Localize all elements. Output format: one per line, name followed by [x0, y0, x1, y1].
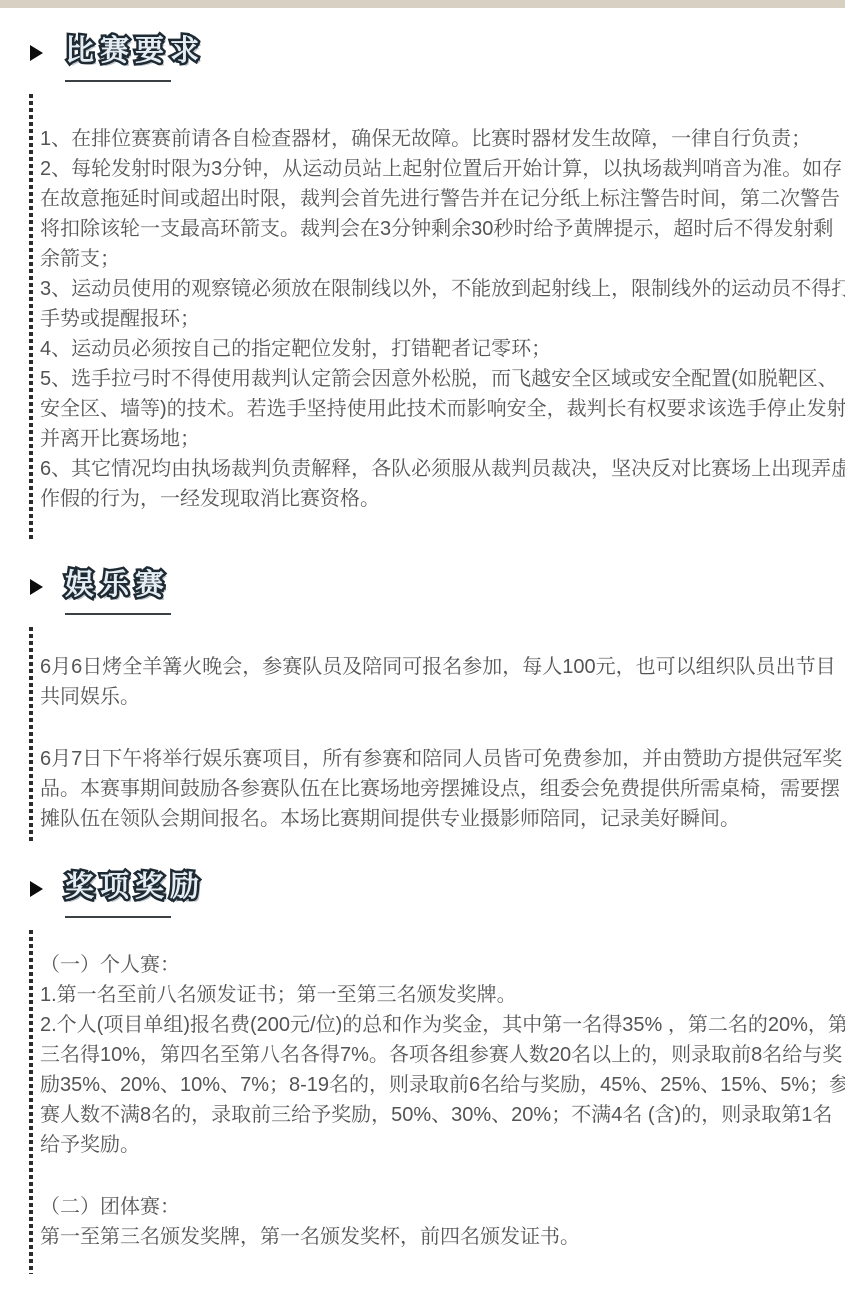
section-title-text: 比赛要求	[65, 35, 205, 67]
paragraph: 6、其它情况均由执场裁判负责解释，各队必须服从裁判员裁决，坚决反对比赛场上出现弄…	[40, 454, 845, 514]
paragraph: 4、运动员必须按自己的指定靶位发射，打错靶者记零环；	[40, 334, 845, 364]
section-entertainment-match: 娱乐赛 娱乐赛 6月6日烤全羊篝火晚会，参赛队员及陪同可报名参加，每人100元，…	[0, 567, 845, 845]
paragraph: 1、在排位赛赛前请各自检查器材，确保无故障。比赛时器材发生故障，一律自行负责；	[40, 124, 845, 154]
section-body: 6月6日烤全羊篝火晚会，参赛队员及陪同可报名参加，每人100元，也可以组织队员出…	[40, 627, 845, 844]
section-title-underline	[65, 80, 171, 82]
section-title-block: 娱乐赛 娱乐赛	[65, 567, 171, 616]
paragraph: 3、运动员使用的观察镜必须放在限制线以外，不能放到起射线上，限制线外的运动员不得…	[40, 274, 845, 334]
section-header: 奖项奖励 奖项奖励	[30, 869, 845, 918]
section-marker-triangle-icon	[30, 579, 43, 595]
paragraph: 5、选手拉弓时不得使用裁判认定箭会因意外松脱，而飞越安全区域或安全配置(如脱靶区…	[40, 364, 845, 454]
section-body: 1、在排位赛赛前请各自检查器材，确保无故障。比赛时器材发生故障，一律自行负责；2…	[40, 94, 845, 542]
section-title-underline	[65, 916, 171, 918]
section-title-underline	[65, 613, 171, 615]
paragraph: 2、每轮发射时限为3分钟，从运动员站上起射位置后开始计算，以执场裁判哨音为准。如…	[40, 154, 845, 274]
section-header: 比赛要求 比赛要求	[30, 33, 845, 82]
section-title-text: 奖项奖励	[65, 871, 205, 903]
section-marker-triangle-icon	[30, 881, 43, 897]
paragraph: 6月7日下午将举行娱乐赛项目，所有参赛和陪同人员皆可免费参加，并由赞助方提供冠军…	[40, 744, 845, 834]
section-title-text: 娱乐赛	[65, 569, 170, 601]
section-competition-requirements: 比赛要求 比赛要求 1、在排位赛赛前请各自检查器材，确保无故障。比赛时器材发生故…	[0, 33, 845, 542]
section-header: 娱乐赛 娱乐赛	[30, 567, 845, 616]
paragraph: 1.第一名至前八名颁发证书；第一至第三名颁发奖牌。	[40, 980, 845, 1010]
paragraph: 2.个人(项目单组)报名费(200元/位)的总和作为奖金，其中第一名得35% ，…	[40, 1010, 845, 1160]
section-title: 奖项奖励 奖项奖励	[65, 869, 205, 907]
paragraph: （二）团体赛：	[40, 1192, 845, 1222]
section-title: 比赛要求 比赛要求	[65, 33, 205, 71]
section-marker-triangle-icon	[30, 45, 43, 61]
paragraph: 6月6日烤全羊篝火晚会，参赛队员及陪同可报名参加，每人100元，也可以组织队员出…	[40, 652, 845, 712]
section-awards: 奖项奖励 奖项奖励 （一）个人赛：1.第一名至前八名颁发证书；第一至第三名颁发奖…	[0, 869, 845, 1274]
paragraph: 第一至第三名颁发奖牌，第一名颁发奖杯，前四名颁发证书。	[40, 1222, 845, 1252]
section-title-block: 奖项奖励 奖项奖励	[65, 869, 205, 918]
top-background-strip	[0, 0, 845, 8]
section-body: （一）个人赛：1.第一名至前八名颁发证书；第一至第三名颁发奖牌。2.个人(项目单…	[40, 930, 845, 1274]
section-title: 娱乐赛 娱乐赛	[65, 567, 170, 605]
section-title-block: 比赛要求 比赛要求	[65, 33, 205, 82]
paragraph: （一）个人赛：	[40, 950, 845, 980]
